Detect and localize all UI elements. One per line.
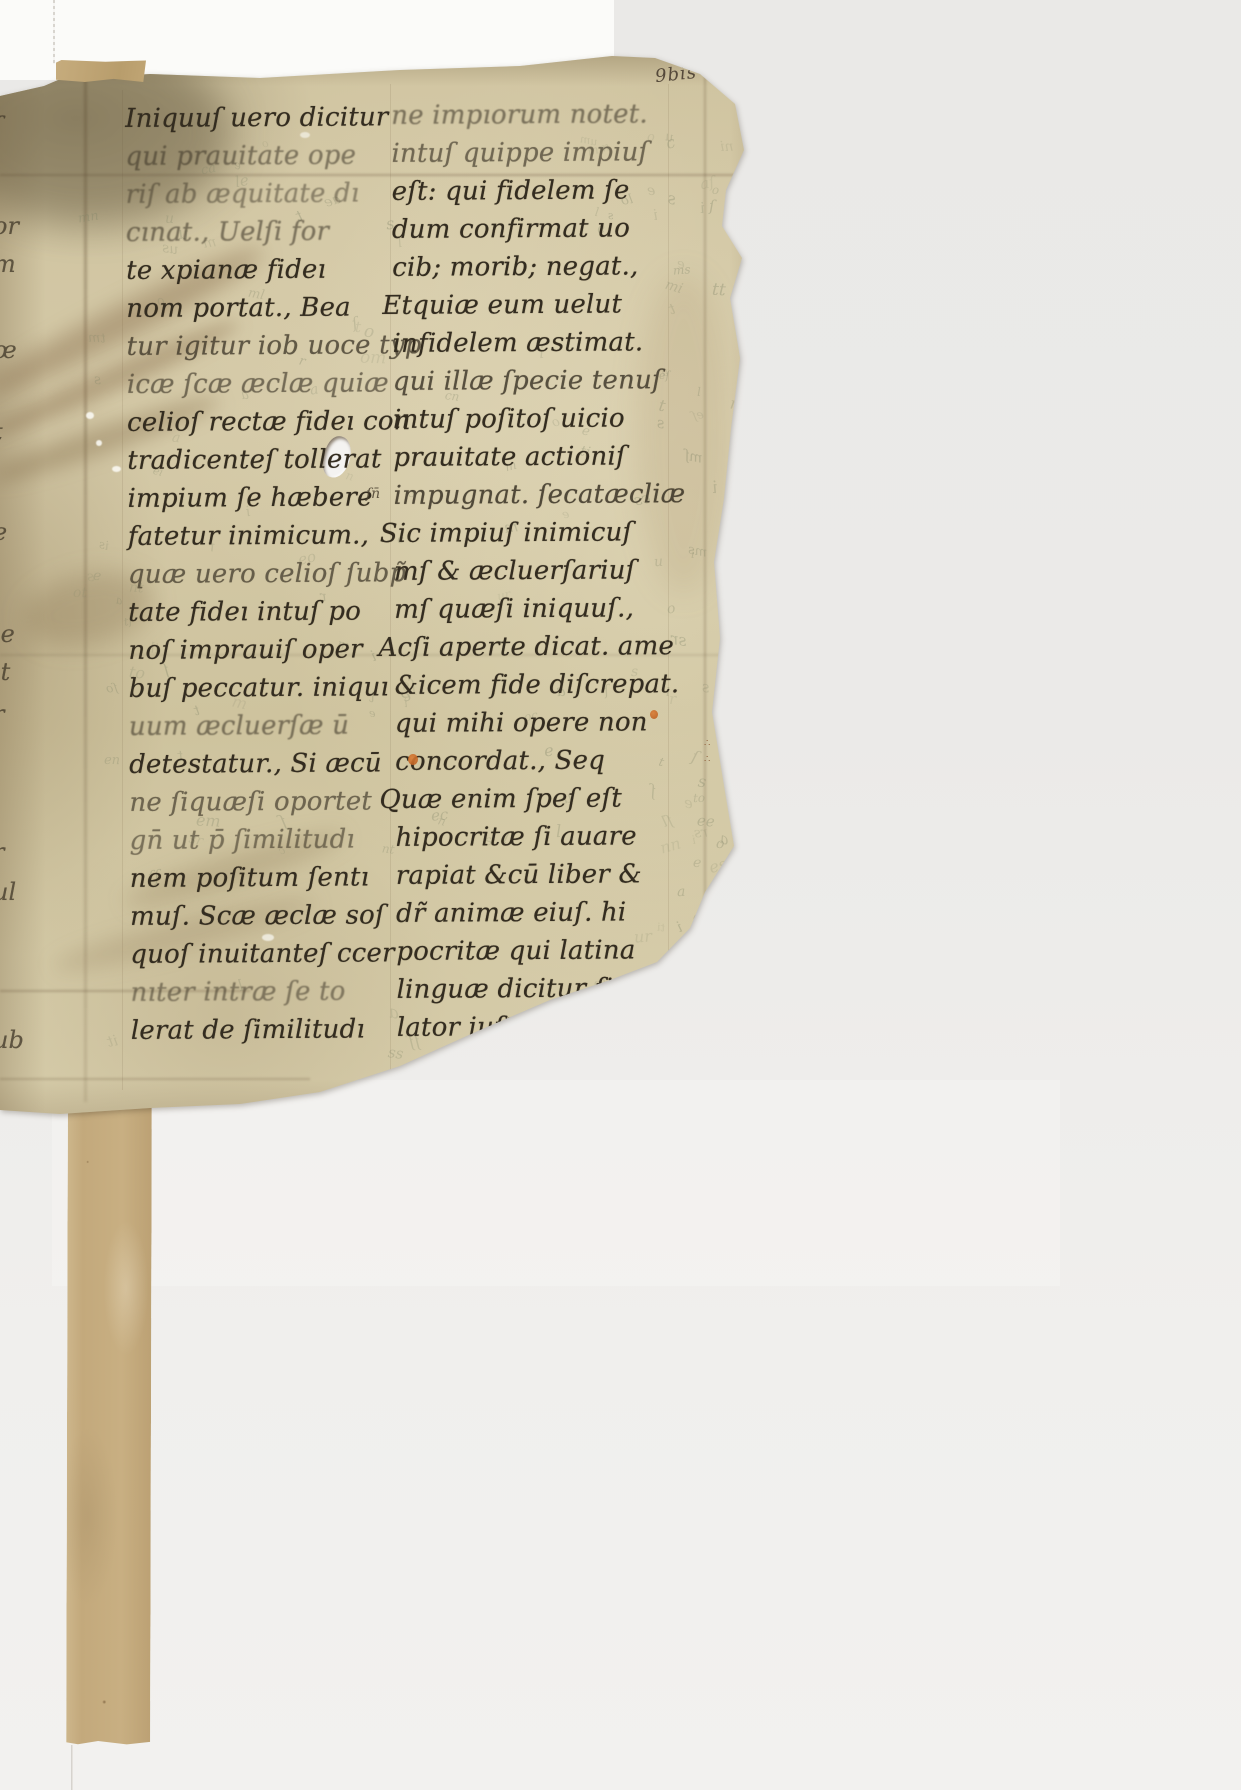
manuscript-text-line: mſ quæſi iniquuſ., — [394, 589, 686, 629]
edge-fragment-letter: le — [0, 620, 15, 648]
ghost-letter: tt — [711, 280, 726, 301]
manuscript-text-line: Etquiæ eum uelut — [382, 285, 684, 325]
ghost-letter: o — [711, 183, 719, 198]
edge-fragment-letter: m — [0, 250, 16, 278]
ghost-letter: l — [730, 659, 735, 677]
ghost-letter: m — [657, 1077, 671, 1093]
ghost-letter: ie — [696, 944, 714, 965]
damage-fleck — [86, 412, 94, 419]
folio-number-annotation: 9bis — [654, 62, 698, 87]
manuscript-text-line: nıter intræ ſe to — [130, 972, 425, 1012]
ghost-letter: ſu — [718, 632, 738, 655]
manuscript-text-line: quoſ inuitanteſ ccer — [130, 934, 425, 974]
manuscript-text-line: muſ. Scæ æclæ soſ — [130, 896, 425, 936]
manuscript-text-line: fatetur inimicum., — [128, 516, 423, 556]
ghost-letter: ru — [675, 1006, 698, 1029]
manuscript-text-line: prauitate actioniſ — [393, 437, 685, 477]
manuscript-text-line: dum confirmat uo — [392, 209, 684, 249]
manuscript-text-line: ne impıorum notet. — [391, 95, 683, 135]
edge-fragment-letter: it — [0, 658, 10, 686]
manuscript-text-line: intuſ poſitoſ uicio — [393, 399, 685, 439]
damage-fleck — [96, 440, 102, 446]
manuscript-text-line: qui prauitate ope — [125, 136, 420, 176]
manuscript-text-line: tur igitur iob uoce typ — [126, 326, 421, 366]
ghost-letter: eu — [731, 636, 747, 652]
manuscript-text-line: buſ peccatur. iniquı — [129, 668, 424, 708]
margin-mark: ∴ — [704, 738, 710, 749]
manuscript-text-line: Iniquuſ uero dicitur — [125, 98, 420, 138]
ghost-letter: r — [731, 790, 737, 803]
tan-paper-tab — [56, 60, 146, 82]
rubric-dot-seq — [650, 710, 658, 719]
ghost-letter: ſ — [709, 197, 715, 215]
ghost-letter: ns — [725, 213, 741, 229]
ghost-letter: i — [692, 833, 697, 847]
ghost-letter: it — [106, 1031, 120, 1051]
manuscript-text-line: Quæ enim ſpeſ eſt — [379, 779, 687, 819]
ghost-letter: ee — [693, 977, 709, 993]
rubric-dot-initial-q — [408, 754, 418, 765]
ghost-letter: es — [707, 854, 729, 877]
ghost-letter: n — [655, 978, 666, 997]
ghost-letter: en — [654, 964, 672, 981]
manuscript-text-line: linguæ dicitur ſimu — [396, 969, 688, 1009]
manuscript-text-line: detestatur., Si æcū — [129, 744, 424, 784]
manuscript-text-line: infidelem æstimat. — [392, 323, 684, 363]
margin-mark: ∴ — [704, 754, 710, 765]
horizontal-fold-bottom — [0, 1078, 310, 1080]
edge-fragment-letter: or — [0, 212, 19, 240]
edge-fragment-letter: ſ — [0, 112, 2, 140]
ghost-letter: ma — [729, 393, 756, 415]
ghost-letter: a — [714, 1022, 724, 1038]
manuscript-text-line: icæ ſcæ æclæ quiæ — [127, 364, 422, 404]
edge-fragment-letter: e — [0, 518, 7, 546]
manuscript-text-line: quæ uero celioſ ſubp̃ — [128, 554, 423, 594]
ghost-letter: os — [689, 1056, 705, 1072]
ghost-letter: ſ — [689, 747, 700, 767]
edge-fragment-letter: r — [0, 838, 4, 866]
manuscript-text-line: mſ & æcluerſariuſ — [394, 551, 686, 591]
ghost-letter: s — [718, 643, 731, 664]
edge-fragment-letter: t — [0, 418, 3, 446]
ghost-letter: an — [583, 1015, 604, 1035]
ghost-letter: en — [104, 753, 120, 768]
text-column-left: Iniquuſ uero diciturqui prauitate operiſ… — [125, 98, 426, 1050]
manuscript-text-line: lerat de ſimilitudı — [131, 1010, 426, 1050]
ghost-letter: a — [718, 829, 732, 849]
manuscript-text-line: gn̄ ut p̄ ſimilitudı — [130, 820, 425, 860]
manuscript-text-line: uum æcluerſæ ū — [129, 706, 424, 746]
ghost-letter: ni — [720, 139, 734, 155]
manuscript-text-line: nem poſitum ſentı — [130, 858, 425, 898]
manuscript-text-line: pocritæ qui latina — [396, 931, 688, 971]
manuscript-text-line: te xpianæ fideı — [126, 250, 421, 290]
tan-guard-strip — [66, 1092, 152, 1745]
binding-thread — [71, 1745, 73, 1790]
damage-fleck — [112, 466, 121, 472]
manuscript-text-line: dr̃ animæ eiuſ. hi — [396, 893, 688, 933]
ghost-letter: ln — [722, 1053, 742, 1075]
ghost-letter: e — [692, 855, 702, 872]
manuscript-text-line: concordat., Seq — [395, 741, 687, 781]
edge-fragment-letter: œ — [0, 336, 17, 364]
edge-fragment-letter: r — [0, 700, 4, 728]
ghost-letter: o — [723, 587, 734, 602]
ghost-letter: c — [693, 910, 701, 925]
manuscript-text-line: intuſ quippe impiuſ — [391, 133, 683, 173]
ghost-letter: ſo — [105, 680, 119, 695]
manuscript-text-line: hipocritæ ſi auare — [396, 817, 688, 857]
ghost-letter: c — [706, 934, 717, 950]
ghost-letter: ln — [698, 1006, 714, 1024]
ghost-letter: o — [715, 836, 725, 853]
manuscript-text-line: qui mihi opere non — [395, 703, 687, 743]
manuscript-text-line: eſt: qui fidelem ſe — [392, 171, 684, 211]
manuscript-text-line: tradicenteſ tollerat — [127, 440, 422, 480]
manuscript-text-line: lator iuſtuſ non ē — [397, 1007, 689, 1047]
manuscript-text-line: celioſ rectæ fideı con — [127, 402, 422, 442]
text-column-right: ne impıorum notet.intuſ quippe impiuſeſt… — [391, 95, 689, 1047]
manuscript-text-line: cınat., Uelſi for — [126, 212, 421, 252]
ghost-letter: is — [97, 537, 110, 553]
manuscript-text-line: cib; morib; negat., — [392, 247, 684, 287]
parchment-surface: erseſelnieſſclceemaluenasrrumſeiesmaleeſ… — [0, 54, 760, 1122]
edge-fragment-letter: ul — [0, 878, 16, 906]
digitized-manuscript-photo: { "photo": { "description": "Parchment m… — [0, 0, 1241, 1790]
manuscript-text-line: Acſi aperte dicat. ame — [378, 627, 686, 667]
ghost-letter: a — [719, 736, 728, 752]
parchment-leaf: erseſelnieſſclceemaluenasrrumſeiesmaleeſ… — [0, 54, 760, 1122]
manuscript-text-line: nom portat., Bea — [126, 288, 421, 328]
ghost-letter: rs — [693, 825, 708, 842]
manuscript-text-line: &icem fide diſcrepat. — [395, 665, 687, 705]
edge-fragment-letter: ub — [0, 1026, 24, 1054]
ghost-letter: m — [672, 1011, 688, 1029]
ghost-letter: l — [578, 1048, 588, 1067]
manuscript-text-line: Sic impiuſ inimicuſ — [380, 513, 686, 553]
ghost-letter: s — [729, 184, 737, 199]
manuscript-text-line: rapiat &cū liber & — [396, 855, 688, 895]
manuscript-text-line: riſ ab æquitate dı — [126, 174, 421, 214]
marginal-note: ſn̄ — [366, 486, 380, 502]
manuscript-text-line: qui illæ ſpecie tenuſ — [393, 361, 685, 401]
manuscript-text-line: tate fideı intuſ po — [128, 592, 423, 632]
manuscript-text-line: impugnat. ſecatæcliæ — [393, 475, 685, 515]
